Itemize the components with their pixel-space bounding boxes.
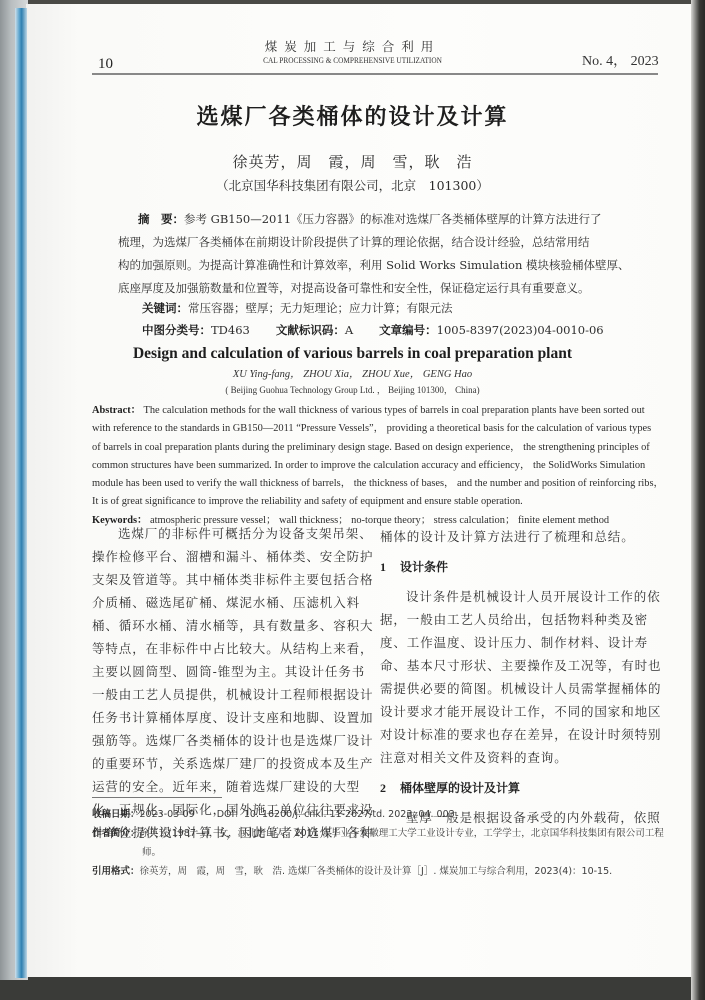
doi: DOI：10. 16200/j. cnki. 11-2627/td. 2023.… xyxy=(217,809,455,820)
section-heading-1: 1设计条件 xyxy=(380,556,665,579)
body-line: 对设计标准的要求也存在差异，在设计时须特别 xyxy=(380,723,665,746)
body-line: 任务书计算桶体厚度、设计支座和地脚、设置加 xyxy=(92,706,372,729)
footnote-rule xyxy=(92,797,222,798)
abstract-en-line: Abstract： The calculation methods for th… xyxy=(92,402,662,420)
received-date: 收稿日期：2023-03-09DOI：10. 16200/j. cnki. 11… xyxy=(92,805,667,824)
body-line: 等特点，在非标件中占比较大。从结构上来看， xyxy=(92,637,372,660)
body-line: 注意对相关文件及资料的查询。 xyxy=(380,746,665,769)
keywords-cn: 关键词：常压容器；壁厚；无力矩理论；应力计算；有限元法 xyxy=(142,300,453,316)
author-bio-continued: 师。 xyxy=(92,843,667,862)
body-line: 强筋等。选煤厂各类桶体的设计也是选煤厂设计 xyxy=(92,729,372,752)
authors-en: XU Ying-fang， ZHOU Xia， ZHOU Xue， GENG H… xyxy=(0,366,705,381)
section-heading-2: 2桶体壁厚的设计及计算 xyxy=(380,777,665,800)
body-line: 桶体的设计及计算方法进行了梳理和总结。 xyxy=(380,525,665,548)
clc-value: TD463 xyxy=(211,323,250,337)
abstract-cn: 摘 要：参考 GB150—2011《压力容器》的标准对选煤厂各类桶体壁厚的计算方… xyxy=(118,208,678,300)
author-bio: 作者简介：徐英芳(1987—)，女，河北唐山人，2011 年毕业于安徽理工大学工… xyxy=(92,824,667,843)
body-line: 支架及管道等。其中桶体类非标件主要包括合格 xyxy=(92,568,372,591)
article-no-value: 1005-8397(2023)04-0010-06 xyxy=(437,323,604,337)
abstract-cn-line: 摘 要：参考 GB150—2011《压力容器》的标准对选煤厂各类桶体壁厚的计算方… xyxy=(118,208,678,231)
body-line: 一般由工艺人员提供，机械设计工程师根据设计 xyxy=(92,683,372,706)
abstract-cn-line: 梳理，为选煤厂各类桶体在前期设计阶段提供了计算的理论依据，结合设计经验，总结常用… xyxy=(118,231,678,254)
abstract-en-label: Abstract： xyxy=(92,405,141,416)
page-number: 10 xyxy=(98,56,113,73)
body-line: 选煤厂的非标件可概括分为设备支架吊架、 xyxy=(92,522,372,545)
classification-row: 中图分类号：TD463文献标识码：A文章编号：1005-8397(2023)04… xyxy=(142,322,604,338)
abstract-cn-line: 构的加强原则。为提高计算准确性和计算效率，利用 Solid Works Simu… xyxy=(118,254,678,277)
issue-info: No. 4， 2023 xyxy=(582,50,659,70)
article-no-label: 文章编号： xyxy=(379,323,437,337)
abstract-en: Abstract： The calculation methods for th… xyxy=(92,402,662,530)
article-title-en: Design and calculation of various barrel… xyxy=(0,345,705,363)
authors-cn: 徐英芳，周 霞，周 雪，耿 浩 xyxy=(0,151,705,172)
body-line: 设计条件是机械设计人员开展设计工作的依 xyxy=(380,585,665,608)
body-right-column: 桶体的设计及计算方法进行了梳理和总结。 1设计条件 设计条件是机械设计人员开展设… xyxy=(380,525,665,829)
clc-label: 中图分类号： xyxy=(142,323,211,337)
abstract-en-line: with reference to the standards in GB150… xyxy=(92,420,662,438)
header-rule xyxy=(92,73,658,75)
keywords-cn-label: 关键词： xyxy=(142,301,188,315)
body-line: 运营的安全。近年来，随着选煤厂建设的大型 xyxy=(92,775,372,798)
body-line: 度、工作温度、设计压力、制作材料、设计寿 xyxy=(380,631,665,654)
doc-code-label: 文献标识码： xyxy=(276,323,345,337)
affiliation-cn: （北京国华科技集团有限公司，北京 101300） xyxy=(0,176,705,194)
abstract-cn-line: 底座厚度及加强筋数量和位置等，对提高设备可靠性和安全性，保证稳定运行具有重要意义… xyxy=(118,277,678,300)
affiliation-en: ( Beijing Guohua Technology Group Ltd. ，… xyxy=(0,383,705,396)
body-line: 命、基本尺寸形状、主要操作及工况等，有时也 xyxy=(380,654,665,677)
keywords-cn-value: 常压容器；壁厚；无力矩理论；应力计算；有限元法 xyxy=(188,301,453,315)
abstract-en-line: module has been used to verify the wall … xyxy=(92,475,662,493)
abstract-en-line: It is of great significance to improve t… xyxy=(92,493,662,511)
body-line: 操作检修平台、溜槽和漏斗、桶体类、安全防护 xyxy=(92,545,372,568)
abstract-en-line: common structures have been summarized. … xyxy=(92,457,662,475)
abstract-en-line: of barrels in coal preparation plants du… xyxy=(92,439,662,457)
citation: 引用格式：徐英芳，周 霞，周 雪，耿 浩. 选煤厂各类桶体的设计及计算［J］. … xyxy=(92,862,667,881)
body-line: 桶、循环水桶、清水桶等，具有数量多、容积大 xyxy=(92,614,372,637)
body-line: 设计要求才能开展设计工作，不同的国家和地区 xyxy=(380,700,665,723)
abstract-cn-label: 摘 要： xyxy=(138,212,184,226)
body-line: 需提供必要的简图。机械设计人员需掌握桶体的 xyxy=(380,677,665,700)
body-left-column: 选煤厂的非标件可概括分为设备支架吊架、 操作检修平台、溜槽和漏斗、桶体类、安全防… xyxy=(92,522,372,844)
body-line: 的重要环节，关系选煤厂建厂的投资成本及生产 xyxy=(92,752,372,775)
body-line: 介质桶、磁选尾矿桶、煤泥水桶、压滤机入料 xyxy=(92,591,372,614)
doc-code-value: A xyxy=(345,323,353,337)
body-line: 主要以圆筒型、圆筒-锥型为主。其设计任务书 xyxy=(92,660,372,683)
footnotes: 收稿日期：2023-03-09DOI：10. 16200/j. cnki. 11… xyxy=(92,805,667,881)
scanner-right-edge xyxy=(691,0,705,1000)
article-title-cn: 选煤厂各类桶体的设计及计算 xyxy=(0,100,705,131)
journal-name-en: CAL PROCESSING & COMPREHENSIVE UTILIZATI… xyxy=(49,55,655,65)
body-line: 据，一般由工艺人员给出，包括物料种类及密 xyxy=(380,608,665,631)
